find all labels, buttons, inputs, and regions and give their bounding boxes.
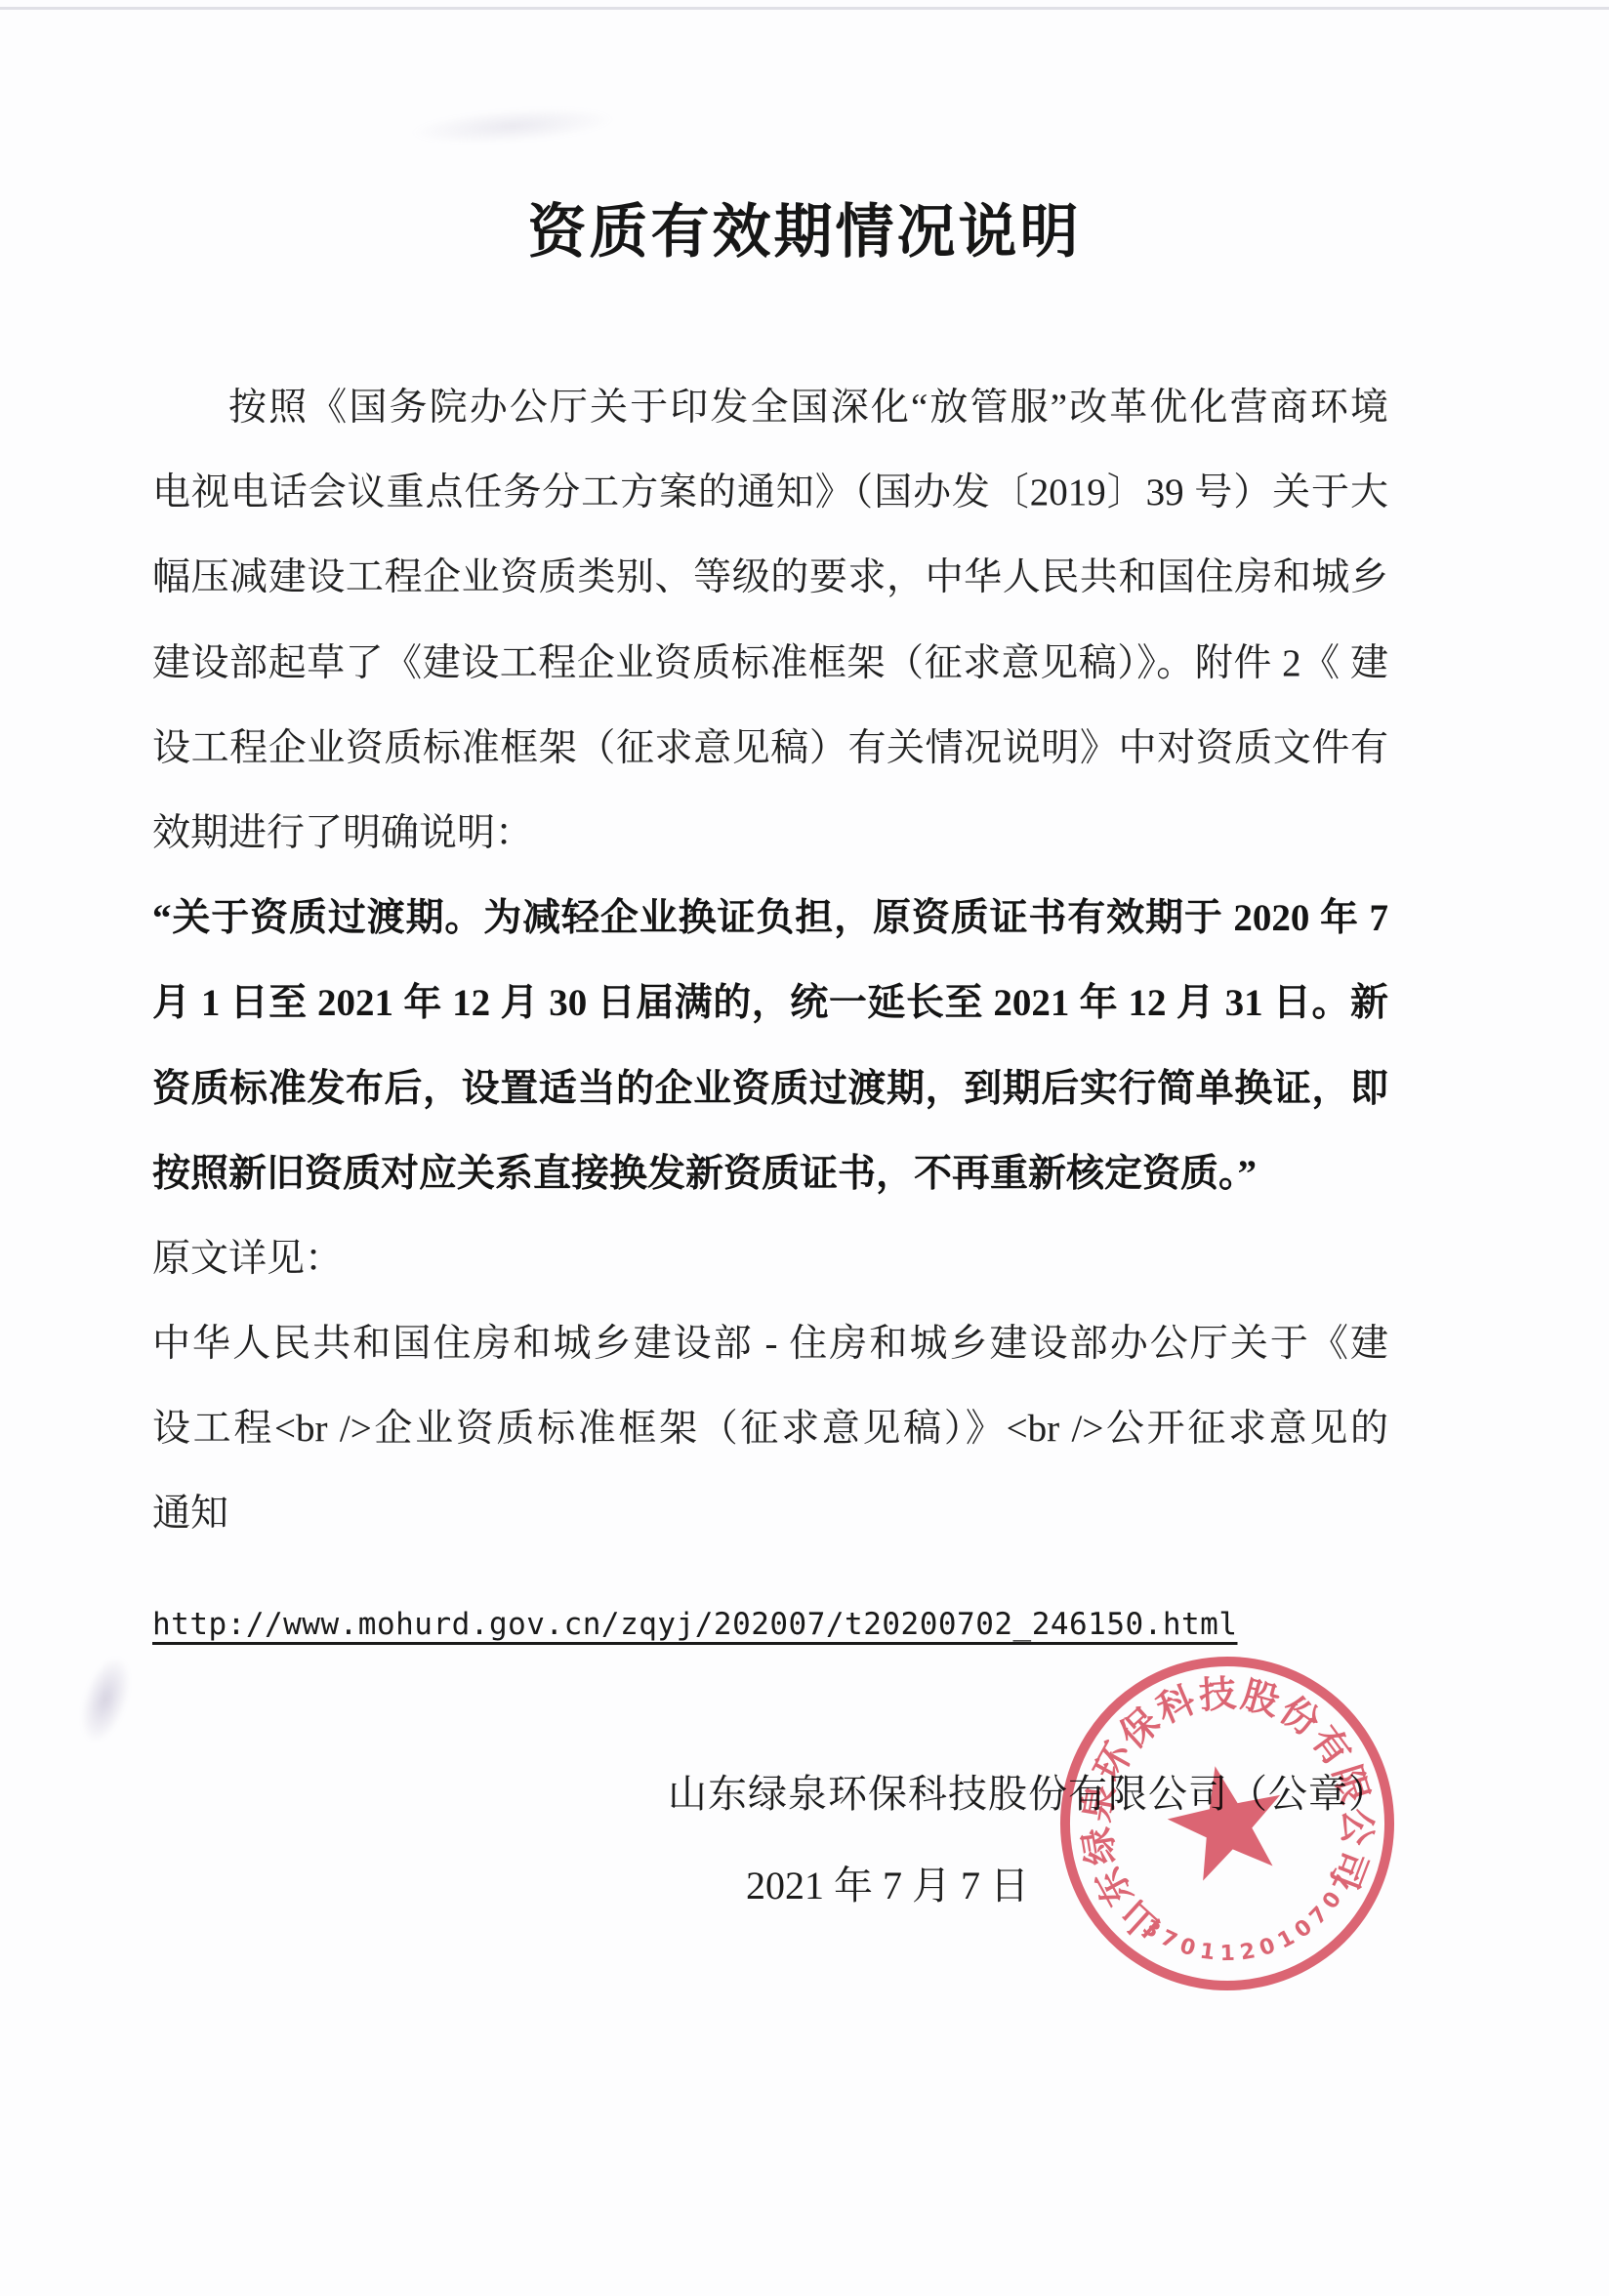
- paragraph1-line: 电视电话会议重点任务分工方案的通知》（国办发〔2019〕39 号）关于大: [152, 450, 1388, 535]
- source-reference-label: 原文详见：: [152, 1216, 1388, 1301]
- quoted-policy-line: “关于资质过渡期。为减轻企业换证负担，原资质证书有效期于 2020 年 7: [152, 876, 1388, 961]
- paragraph1-line: 设工程企业资质标准框架（征求意见稿）有关情况说明》中对资质文件有: [152, 706, 1388, 791]
- source-url-container: http://www.mohurd.gov.cn/zqyj/202007/t20…: [152, 1597, 1238, 1652]
- signature-company: 山东绿泉环保科技股份有限公司（公章）: [668, 1769, 1388, 1820]
- scanned-document-page: 资质有效期情况说明 按照《国务院办公厅关于印发全国深化“放管服”改革优化营商环境…: [0, 0, 1609, 2296]
- quoted-policy-line: 月 1 日至 2021 年 12 月 30 日届满的，统一延长至 2021 年 …: [152, 961, 1388, 1045]
- company-seal: 山东绿泉环保科技股份有限公司 3701120107071: [1052, 1648, 1403, 1999]
- document-title: 资质有效期情况说明: [0, 197, 1609, 267]
- source-title-line: 中华人民共和国住房和城乡建设部 - 住房和城乡建设部办公厅关于《建: [152, 1301, 1388, 1386]
- quoted-policy-line: 资质标准发布后，设置适当的企业资质过渡期，到期后实行简单换证，即: [152, 1046, 1388, 1131]
- scan-edge-artifact: [0, 7, 1609, 10]
- quoted-policy-line: 按照新旧资质对应关系直接换发新资质证书，不再重新核定资质。”: [152, 1131, 1388, 1216]
- document-body: 按照《国务院办公厅关于印发全国深化“放管服”改革优化营商环境 电视电话会议重点任…: [152, 365, 1388, 1557]
- paragraph1-line: 按照《国务院办公厅关于印发全国深化“放管服”改革优化营商环境: [152, 365, 1388, 450]
- source-title-line: 通知: [152, 1471, 1388, 1556]
- pencil-smudge-artifact: [409, 102, 616, 150]
- seal-group: 山东绿泉环保科技股份有限公司 3701120107071: [1052, 1648, 1403, 1999]
- seal-ring: [1052, 1648, 1403, 1999]
- signature-date: 2021 年 7 月 7 日: [746, 1861, 1029, 1911]
- paragraph1-line: 建设部起草了《建设工程企业资质标准框架（征求意见稿）》。附件 2《 建: [152, 621, 1388, 706]
- ink-smudge-artifact: [71, 1650, 140, 1748]
- source-title-line: 设工程<br />企业资质标准框架（征求意见稿）》<br />公开征求意见的: [152, 1386, 1388, 1471]
- source-url-link[interactable]: http://www.mohurd.gov.cn/zqyj/202007/t20…: [152, 1607, 1238, 1642]
- paragraph1-line: 幅压减建设工程企业资质类别、等级的要求，中华人民共和国住房和城乡: [152, 535, 1388, 620]
- paragraph1-line: 效期进行了明确说明：: [152, 791, 1388, 876]
